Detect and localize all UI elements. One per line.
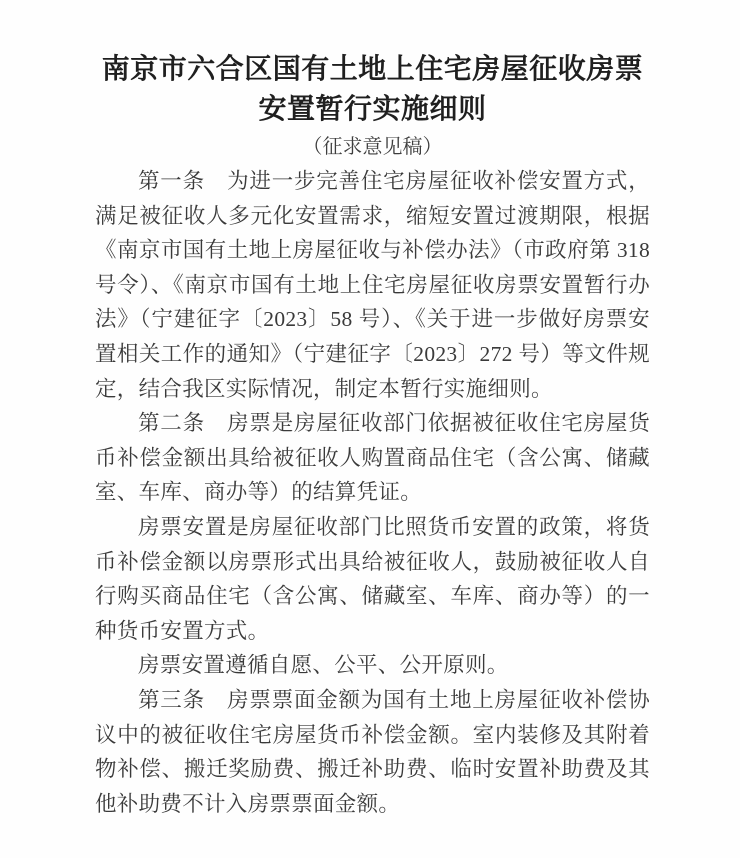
document-page: 南京市六合区国有土地上住宅房屋征收房票 安置暂行实施细则 （征求意见稿） 第一条…	[0, 0, 740, 858]
document-subtitle: （征求意见稿）	[95, 130, 650, 164]
document-body: 第一条 为进一步完善住宅房屋征收补偿安置方式，满足被征收人多元化安置需求，缩短安…	[95, 164, 650, 821]
paragraph-principles: 房票安置遵循自愿、公平、公开原则。	[95, 648, 650, 683]
paragraph-article-2: 第二条 房票是房屋征收部门依据被征收住宅房屋货币补偿金额出具给被征收人购置商品住…	[95, 406, 650, 510]
paragraph-article-2-continued: 房票安置是房屋征收部门比照货币安置的政策，将货币补偿金额以房票形式出具给被征收人…	[95, 510, 650, 648]
document-title-line-1: 南京市六合区国有土地上住宅房屋征收房票	[95, 50, 650, 90]
paragraph-article-1: 第一条 为进一步完善住宅房屋征收补偿安置方式，满足被征收人多元化安置需求，缩短安…	[95, 164, 650, 406]
document-title: 南京市六合区国有土地上住宅房屋征收房票 安置暂行实施细则	[95, 50, 650, 130]
document-title-line-2: 安置暂行实施细则	[95, 90, 650, 130]
paragraph-article-3: 第三条 房票票面金额为国有土地上房屋征收补偿协议中的被征收住宅房屋货币补偿金额。…	[95, 683, 650, 821]
